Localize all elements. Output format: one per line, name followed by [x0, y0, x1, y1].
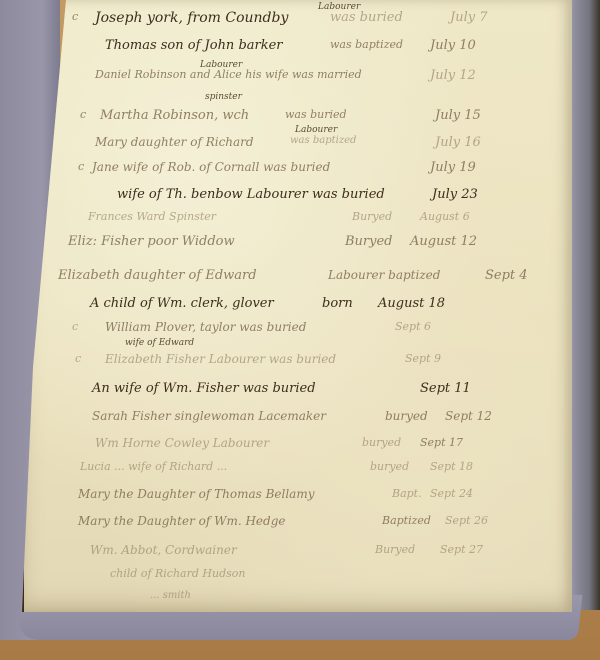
entry-text: Elizabeth Fisher Labourer was buried [105, 352, 336, 366]
entry-text: Mary the Daughter of Wm. Hedge [78, 514, 285, 528]
register-entry: Frances Ward Spinster Buryed August 6 [0, 210, 600, 232]
entry-extra: Buryed [352, 210, 392, 223]
entry-margin-mark: c [72, 320, 78, 333]
entry-text: child of Richard Hudson [110, 567, 245, 580]
register-entry: Lucia ... wife of Richard ... buryed Sep… [0, 460, 600, 482]
entry-text: Martha Robinson, wch [100, 108, 249, 123]
entry-extra: buryed [385, 409, 428, 423]
entry-note: wife of Edward [125, 338, 194, 348]
entry-date: July 15 [435, 108, 481, 123]
entry-margin-mark: c [72, 10, 78, 23]
entry-extra: was baptized [330, 38, 403, 51]
entry-text: Sarah Fisher singlewoman Lacemaker [92, 409, 326, 423]
entry-date: August 6 [420, 210, 470, 223]
entry-extra: was baptized [290, 135, 356, 146]
entry-date: July 12 [430, 68, 476, 83]
entry-date: Sept 17 [420, 436, 463, 449]
entry-date: July 7 [450, 10, 488, 25]
entry-date: Sept 18 [430, 460, 473, 473]
entry-text: Elizabeth daughter of Edward [58, 268, 257, 283]
entry-date: July 16 [435, 135, 481, 150]
entry-extra: was buried [285, 108, 347, 121]
entry-note: Labourer [295, 125, 337, 135]
entry-text: William Plover, taylor was buried [105, 320, 306, 334]
register-entries: c Joseph york, from Coundby Labourer was… [0, 0, 600, 660]
entry-date: Sept 24 [430, 487, 473, 500]
register-entry: Eliz: Fisher poor Widdow Buryed August 1… [0, 234, 600, 256]
entry-extra: buryed [362, 436, 401, 449]
register-entry: Thomas son of John barker was baptized J… [0, 38, 600, 60]
register-entry: Elizabeth daughter of Edward Labourer ba… [0, 268, 600, 290]
entry-extra: Buryed [375, 543, 415, 556]
entry-extra: Baptized [382, 514, 431, 527]
entry-text: Mary daughter of Richard [95, 135, 254, 149]
entry-text: ... smith [150, 590, 191, 601]
entry-margin-mark: c [80, 108, 86, 121]
entry-date: Sept 6 [395, 320, 431, 333]
entry-text: Jane wife of Rob. of Cornall was buried [92, 160, 330, 174]
entry-extra: Bapt. [392, 487, 422, 500]
register-entry: An wife of Wm. Fisher was buried Sept 11 [0, 381, 600, 403]
register-entry: Labourer Mary daughter of Richard was ba… [0, 135, 600, 157]
entry-date: Sept 27 [440, 543, 483, 556]
entry-date: July 10 [430, 38, 476, 53]
entry-margin-mark: c [75, 352, 81, 365]
entry-text: Mary the Daughter of Thomas Bellamy [78, 487, 314, 501]
register-entry: Labourer Daniel Robinson and Alice his w… [0, 68, 600, 90]
entry-extra: was buried [330, 10, 403, 25]
register-entry: c William Plover, taylor was buried Sept… [0, 320, 600, 342]
register-entry: Mary the Daughter of Thomas Bellamy Bapt… [0, 487, 600, 509]
entry-date: August 12 [410, 234, 477, 249]
register-entry: Mary the Daughter of Wm. Hedge Baptized … [0, 514, 600, 536]
entry-text: Eliz: Fisher poor Widdow [68, 234, 235, 249]
entry-extra: born [322, 296, 353, 311]
register-entry: Wm Horne Cowley Labourer buryed Sept 17 [0, 436, 600, 458]
entry-extra: Buryed [345, 234, 393, 249]
entry-text: Lucia ... wife of Richard ... [80, 460, 227, 473]
register-entry: c Jane wife of Rob. of Cornall was burie… [0, 160, 600, 182]
entry-date: Sept 26 [445, 514, 488, 527]
entry-text: Joseph york, from Coundby [95, 10, 288, 26]
register-entry: c wife of Edward Elizabeth Fisher Labour… [0, 352, 600, 374]
register-entry: ... smith [0, 590, 600, 612]
entry-text: wife of Th. benbow Labourer was buried [117, 187, 385, 202]
entry-date: Sept 4 [485, 268, 528, 283]
entry-date: Sept 12 [445, 409, 492, 423]
entry-date: July 19 [430, 160, 476, 175]
entry-date: Sept 11 [420, 381, 471, 396]
entry-text: Wm. Abbot, Cordwainer [90, 543, 237, 557]
entry-date: July 23 [432, 187, 478, 202]
entry-extra: buryed [370, 460, 409, 473]
entry-extra: Labourer baptized [328, 268, 440, 282]
register-entry: Wm. Abbot, Cordwainer Buryed Sept 27 [0, 543, 600, 565]
register-entry: child of Richard Hudson [0, 567, 600, 589]
entry-date: August 18 [378, 296, 445, 311]
entry-text: Thomas son of John barker [105, 38, 283, 53]
entry-text: Wm Horne Cowley Labourer [95, 436, 269, 450]
entry-text: A child of Wm. clerk, glover [90, 296, 274, 311]
entry-margin-mark: c [78, 160, 84, 173]
entry-text: Daniel Robinson and Alice his wife was m… [95, 68, 362, 81]
register-entry: A child of Wm. clerk, glover born August… [0, 296, 600, 318]
entry-text: An wife of Wm. Fisher was buried [92, 381, 316, 396]
entry-note: spinster [205, 92, 242, 102]
register-entry: Sarah Fisher singlewoman Lacemaker burye… [0, 409, 600, 431]
register-entry: wife of Th. benbow Labourer was buried J… [0, 187, 600, 209]
entry-text: Frances Ward Spinster [88, 210, 216, 223]
register-entry: c Joseph york, from Coundby Labourer was… [0, 10, 600, 32]
entry-date: Sept 9 [405, 352, 441, 365]
